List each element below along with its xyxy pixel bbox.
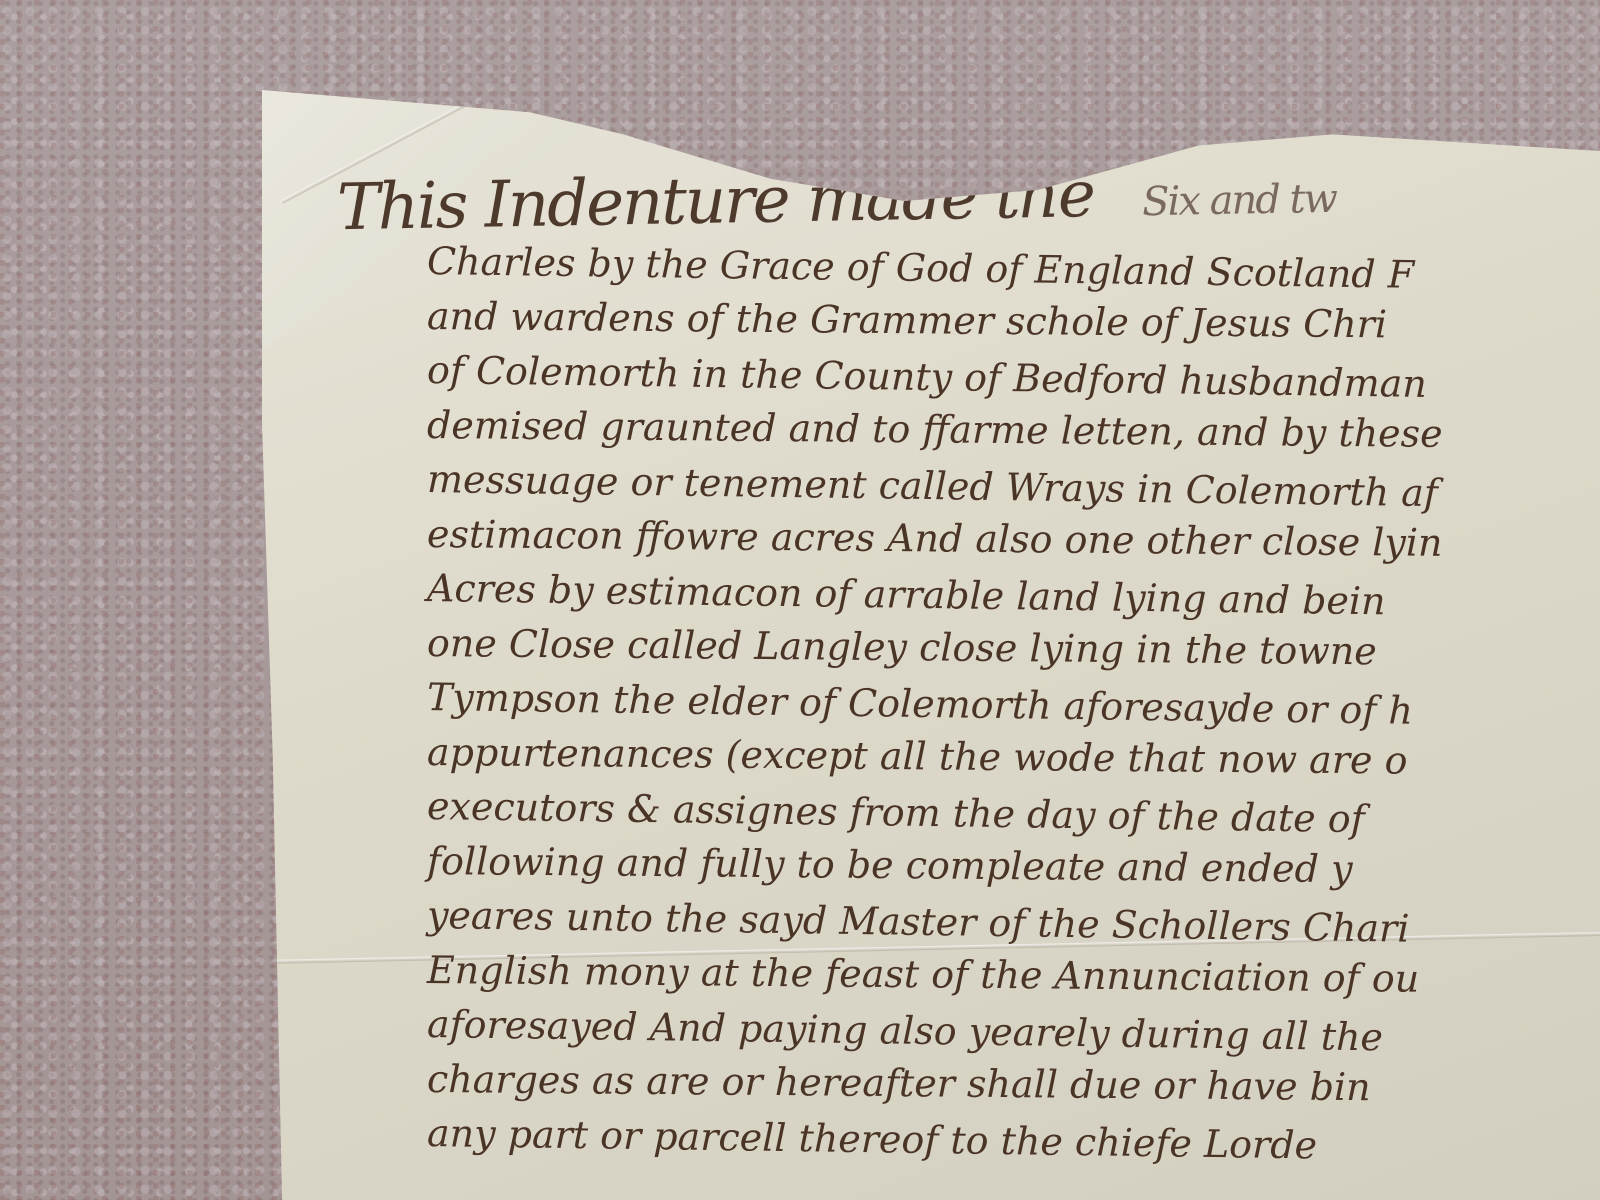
handwritten-text: This Indenture made the Six and tw Charl… bbox=[427, 160, 1600, 1161]
parchment-document: This Indenture made the Six and tw Charl… bbox=[262, 90, 1600, 1200]
text-line: following and fully to be compleate and … bbox=[427, 834, 1600, 899]
text-line: appurtenances (except all the wode that … bbox=[427, 725, 1600, 790]
text-line: demised graunted and to ffarme letten, a… bbox=[427, 398, 1600, 463]
opening-faint-text: Six and tw bbox=[1142, 176, 1336, 225]
text-line: English mony at the feast of the Annunci… bbox=[427, 943, 1600, 1008]
text-line: charges as are or hereafter shall due or… bbox=[427, 1052, 1600, 1117]
text-line: one Close called Langley close lying in … bbox=[427, 616, 1600, 681]
text-line: estimacon ffowre acres And also one othe… bbox=[427, 507, 1600, 572]
text-line: and wardens of the Grammer schole of Jes… bbox=[427, 289, 1600, 354]
text-line: any part or parcell thereof to the chief… bbox=[427, 1106, 1600, 1177]
body-lines: Charles by the Grace of God of England S… bbox=[427, 234, 1600, 1161]
